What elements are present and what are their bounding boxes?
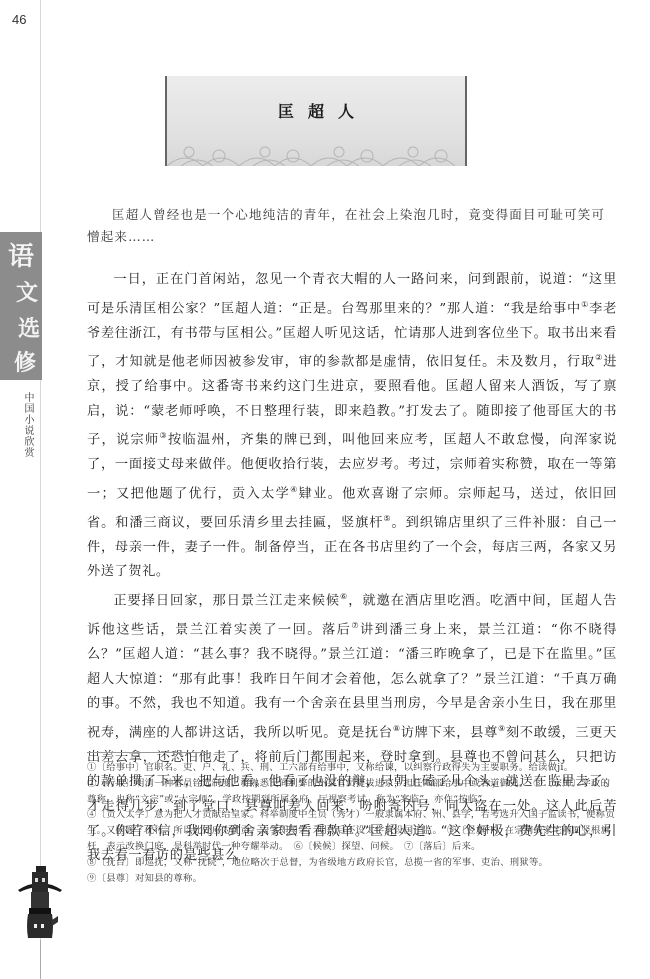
text-run: 讲到潘三身上来，景兰江道：“你不晓得么？”匡超人道：“甚么事？我不晓得。”景兰江… xyxy=(87,622,617,740)
footnote-ref[interactable]: ④ xyxy=(290,485,299,494)
side-tab-char: 语 xyxy=(8,236,34,273)
footnote-1: ①〔给事中〕官职名。吏、户、礼、兵、刑、工六部有给事中，又称给谏，以纠察行政得失… xyxy=(87,760,617,776)
footnote-divider xyxy=(87,752,207,753)
lamp-stand-line xyxy=(40,940,41,979)
intro-paragraph: 匡超人曾经也是一个心地纯洁的青年，在社会上染泡几时，竟变得面目可耻可笑可憎起来…… xyxy=(87,204,617,248)
page-title: 匡超人 xyxy=(167,99,465,122)
footnote-ref[interactable]: ⑨ xyxy=(498,724,506,733)
side-tab-char: 文 xyxy=(16,276,38,307)
footnote-ref[interactable]: ② xyxy=(595,353,603,362)
side-subtitle: 中国小说欣赏 xyxy=(20,392,34,458)
page-margin-rule xyxy=(40,0,41,979)
title-banner: 匡超人 xyxy=(165,76,467,166)
side-tab: 语 文 选 修 xyxy=(0,232,42,380)
side-tab-char: 修 xyxy=(14,346,36,377)
footnote-4-7: ④〔贡入太学〕意为把人才贡献给皇家。科举制度中生员（秀才）一般隶属本府、州、县学… xyxy=(87,807,617,854)
footnote-ref[interactable]: ⑥ xyxy=(340,592,348,601)
footnotes: ①〔给事中〕官职名。吏、户、礼、兵、刑、工六部有给事中，又称给谏，以纠察行政得失… xyxy=(87,760,617,886)
footnote-ref[interactable]: ③ xyxy=(160,431,169,440)
footnote-9: ⑨〔县尊〕对知县的尊称。 xyxy=(87,871,617,887)
footnote-8: ⑧〔抚台〕即巡抚，又称“抚院”，地位略次于总督，为省级地方政府长官，总揽一省的军… xyxy=(87,855,617,871)
text-run: 正要择日回家，那日景兰江走来候候 xyxy=(113,593,340,608)
footnote-ref[interactable]: ⑧ xyxy=(393,724,401,733)
side-tab-char: 选 xyxy=(18,312,40,343)
footnote-ref[interactable]: ⑦ xyxy=(351,621,360,630)
footnote-ref[interactable]: ⑤ xyxy=(383,514,391,523)
paragraph: 一日，正在门首闲站，忽见一个青衣大帽的人一路问来，问到跟前，说道：“这里可是乐清… xyxy=(87,268,617,585)
text-run: 一日，正在门首闲站，忽见一个青衣大帽的人一路问来，问到跟前，说道：“这里可是乐清… xyxy=(87,272,617,316)
wave-pattern-icon xyxy=(167,144,465,166)
text-run: 访牌下来，县尊 xyxy=(401,725,498,740)
oil-lamp-icon xyxy=(14,866,66,946)
footnote-2-3: ②〔行取〕明清一种官员铨选制度。将熟悉民间利弊的州县官员提拔进京，担任六部给事中… xyxy=(87,776,617,808)
footnote-ref[interactable]: ① xyxy=(581,300,589,309)
page-number: 46 xyxy=(12,12,26,27)
